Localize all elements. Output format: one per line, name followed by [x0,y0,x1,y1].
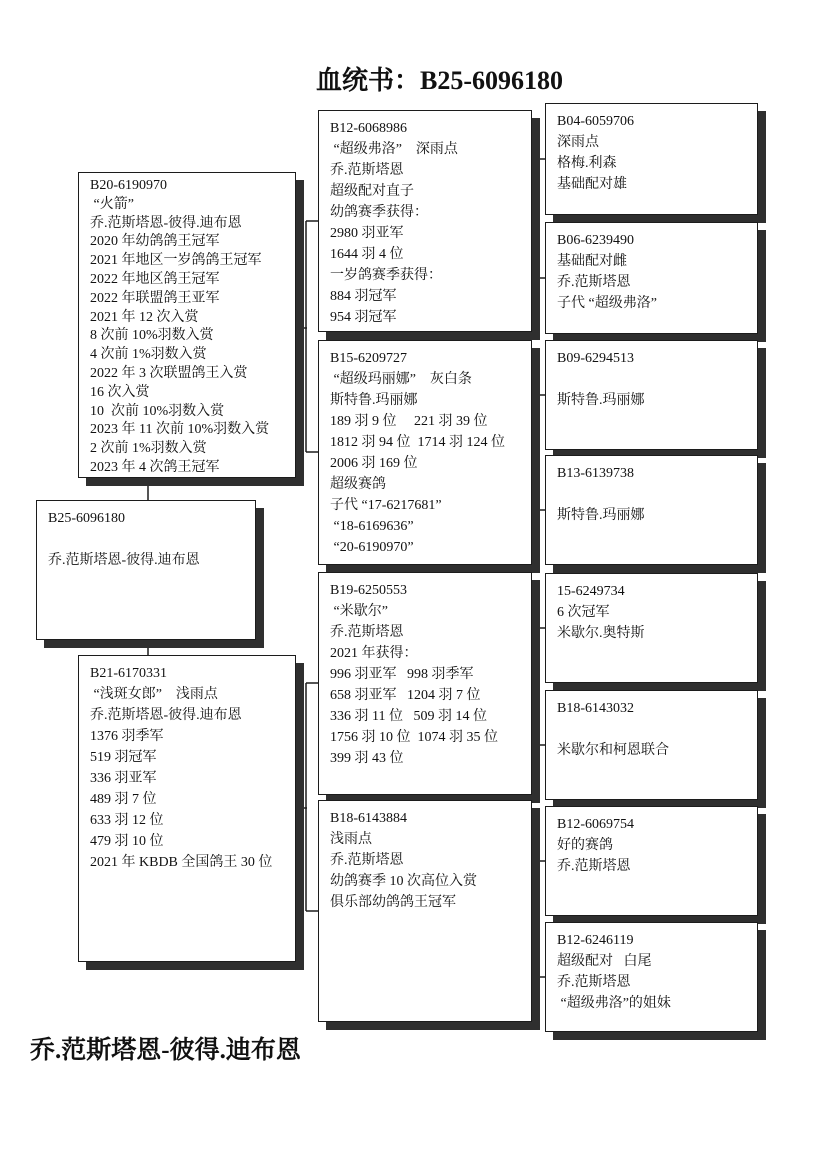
box-text-line: “火箭” [90,196,289,215]
box-text-line: 336 羽 11 位 509 羽 14 位 [330,706,525,727]
box-text-line: 乔.范斯塔恩 [330,160,525,181]
box-text-line: 浅雨点 [330,829,525,850]
box-text-line: B13-6139738 [557,463,751,484]
box-text-line: 深雨点 [557,132,751,153]
box-text-line: 633 羽 12 位 [90,810,289,831]
box-content: B18-6143884浅雨点乔.范斯塔恩幼鸽赛季 10 次高位入赏俱乐部幼鸽鸽王… [319,801,531,917]
pedigree-box-B12-6069754: B12-6069754好的赛鸽乔.范斯塔恩 [545,806,758,916]
box-text-line: B19-6250553 [330,580,525,601]
box-text-line: 10 次前 10%羽数入赏 [90,403,289,422]
box-text-line [557,369,751,390]
box-text-line: 2022 年联盟鸽王亚军 [90,290,289,309]
box-text-line: 幼鸽赛季获得： [330,202,525,223]
pedigree-box-B12-6246119: B12-6246119超级配对 白尾乔.范斯塔恩 “超级弗洛”的姐妹 [545,922,758,1032]
box-content: B12-6068986 “超级弗洛” 深雨点乔.范斯塔恩超级配对直子幼鸽赛季获得… [319,111,531,332]
box-text-line: 2980 羽亚军 [330,223,525,244]
box-text-line: 2021 年 KBDB 全国鸽王 30 位 [90,852,289,873]
box-content: 15-62497346 次冠军米歇尔.奥特斯 [546,574,757,648]
box-text-line: 2022 年地区鸽王冠军 [90,271,289,290]
box-text-line: 6 次冠军 [557,602,751,623]
box-content: B12-6069754好的赛鸽乔.范斯塔恩 [546,807,757,881]
pedigree-box-B18-6143032: B18-6143032 米歇尔和柯恩联合 [545,690,758,800]
box-text-line: 519 羽冠军 [90,747,289,768]
box-content: B09-6294513 斯特鲁.玛丽娜 [546,341,757,415]
box-text-line: 乔.范斯塔恩-彼得.迪布恩 [90,705,289,726]
box-text-line: 乔.范斯塔恩 [557,856,751,877]
box-text-line: “超级弗洛” 深雨点 [330,139,525,160]
box-text-line: 一岁鸽赛季获得： [330,265,525,286]
box-text-line: B12-6246119 [557,930,751,951]
box-text-line: 子代 “超级弗洛” [557,293,751,314]
box-text-line: 658 羽亚军 1204 羽 7 位 [330,685,525,706]
box-text-line: B06-6239490 [557,230,751,251]
box-text-line: 俱乐部幼鸽鸽王冠军 [330,892,525,913]
box-text-line: 2 次前 1%羽数入赏 [90,440,289,459]
box-content: B20-6190970 “火箭”乔.范斯塔恩-彼得.迪布恩2020 年幼鸽鸽王冠… [79,173,295,478]
box-content: B13-6139738 斯特鲁.玛丽娜 [546,456,757,530]
box-text-line: 1376 羽季军 [90,726,289,747]
pedigree-box-B20-6190970: B20-6190970 “火箭”乔.范斯塔恩-彼得.迪布恩2020 年幼鸽鸽王冠… [78,172,296,478]
box-text-line: B12-6068986 [330,118,525,139]
box-text-line: 超级配对 白尾 [557,951,751,972]
pedigree-box-B06-6239490: B06-6239490基础配对雌乔.范斯塔恩子代 “超级弗洛” [545,222,758,334]
box-text-line: 2022 年 3 次联盟鸽王入赏 [90,365,289,384]
box-text-line: B04-6059706 [557,111,751,132]
box-text-line: 乔.范斯塔恩 [557,272,751,293]
box-text-line: “超级玛丽娜” 灰白条 [330,369,525,390]
pedigree-box-B25-6096180: B25-6096180 乔.范斯塔恩-彼得.迪布恩 [36,500,256,640]
box-text-line: 996 羽亚军 998 羽季军 [330,664,525,685]
box-text-line: 1812 羽 94 位 1714 羽 124 位 [330,432,525,453]
box-text-line: 8 次前 10%羽数入赏 [90,327,289,346]
box-content: B21-6170331 “浅斑女郎” 浅雨点乔.范斯塔恩-彼得.迪布恩1376 … [79,656,295,877]
box-content: B06-6239490基础配对雌乔.范斯塔恩子代 “超级弗洛” [546,223,757,318]
box-content: B18-6143032 米歇尔和柯恩联合 [546,691,757,765]
box-text-line: B21-6170331 [90,663,289,684]
box-text-line: 15-6249734 [557,581,751,602]
box-text-line: 超级赛鸽 [330,474,525,495]
box-text-line: 2023 年 4 次鸽王冠军 [90,459,289,478]
box-text-line: 乔.范斯塔恩-彼得.迪布恩 [48,550,249,571]
breeder-name: 乔.范斯塔恩-彼得.迪布恩 [30,1030,301,1066]
box-text-line: 格梅.利森 [557,153,751,174]
box-text-line: 好的赛鸽 [557,835,751,856]
box-text-line: 乔.范斯塔恩 [557,972,751,993]
box-text-line: 2021 年 12 次入赏 [90,309,289,328]
box-text-line: “18-6169636” [330,516,525,537]
box-text-line: 斯特鲁.玛丽娜 [557,505,751,526]
box-text-line: 超级配对直子 [330,181,525,202]
box-content: B12-6246119超级配对 白尾乔.范斯塔恩 “超级弗洛”的姐妹 [546,923,757,1018]
box-text-line: B18-6143884 [330,808,525,829]
box-content: B19-6250553 “米歇尔”乔.范斯塔恩2021 年获得：996 羽亚军 … [319,573,531,773]
box-text-line: B12-6069754 [557,814,751,835]
box-text-line: 479 羽 10 位 [90,831,289,852]
box-text-line: 2020 年幼鸽鸽王冠军 [90,233,289,252]
box-text-line [557,484,751,505]
box-text-line: 336 羽亚军 [90,768,289,789]
box-text-line: B25-6096180 [48,508,249,529]
box-text-line: 16 次入赏 [90,384,289,403]
box-text-line: “浅斑女郎” 浅雨点 [90,684,289,705]
box-text-line: 斯特鲁.玛丽娜 [557,390,751,411]
box-text-line: B18-6143032 [557,698,751,719]
pedigree-page: 血统书：B25-6096180 B [0,0,820,1159]
box-text-line: 基础配对雄 [557,174,751,195]
pedigree-box-B09-6294513: B09-6294513 斯特鲁.玛丽娜 [545,340,758,450]
box-text-line: 幼鸽赛季 10 次高位入赏 [330,871,525,892]
box-text-line [557,719,751,740]
box-content: B25-6096180 乔.范斯塔恩-彼得.迪布恩 [37,501,255,575]
box-text-line: 乔.范斯塔恩 [330,850,525,871]
box-text-line: 2021 年获得： [330,643,525,664]
box-text-line: 基础配对雌 [557,251,751,272]
box-content: B15-6209727 “超级玛丽娜” 灰白条斯特鲁.玛丽娜189 羽 9 位 … [319,341,531,562]
box-text-line: 斯特鲁.玛丽娜 [330,390,525,411]
box-text-line: “20-6190970” [330,537,525,558]
box-text-line: B20-6190970 [90,177,289,196]
box-text-line: 2023 年 11 次前 10%羽数入赏 [90,421,289,440]
pedigree-box-B15-6209727: B15-6209727 “超级玛丽娜” 灰白条斯特鲁.玛丽娜189 羽 9 位 … [318,340,532,565]
pedigree-box-15-6249734: 15-62497346 次冠军米歇尔.奥特斯 [545,573,758,683]
box-text-line: 乔.范斯塔恩 [330,622,525,643]
pedigree-box-B04-6059706: B04-6059706深雨点格梅.利森基础配对雄 [545,103,758,215]
box-text-line: 乔.范斯塔恩-彼得.迪布恩 [90,215,289,234]
box-text-line: “超级弗洛”的姐妹 [557,993,751,1014]
box-text-line: “米歇尔” [330,601,525,622]
box-text-line: 489 羽 7 位 [90,789,289,810]
box-text-line: 米歇尔和柯恩联合 [557,740,751,761]
box-text-line: 189 羽 9 位 221 羽 39 位 [330,411,525,432]
pedigree-box-B18-6143884: B18-6143884浅雨点乔.范斯塔恩幼鸽赛季 10 次高位入赏俱乐部幼鸽鸽王… [318,800,532,1022]
box-text-line: 2021 年地区一岁鸽鸽王冠军 [90,252,289,271]
pedigree-box-B19-6250553: B19-6250553 “米歇尔”乔.范斯塔恩2021 年获得：996 羽亚军 … [318,572,532,795]
box-text-line: 子代 “17-6217681” [330,495,525,516]
pedigree-box-B21-6170331: B21-6170331 “浅斑女郎” 浅雨点乔.范斯塔恩-彼得.迪布恩1376 … [78,655,296,962]
box-text-line: 399 羽 43 位 [330,748,525,769]
box-text-line: B09-6294513 [557,348,751,369]
box-text-line: 米歇尔.奥特斯 [557,623,751,644]
box-text-line: 1756 羽 10 位 1074 羽 35 位 [330,727,525,748]
box-content: B04-6059706深雨点格梅.利森基础配对雄 [546,104,757,199]
box-text-line: B15-6209727 [330,348,525,369]
box-text-line: 1644 羽 4 位 [330,244,525,265]
pedigree-box-B13-6139738: B13-6139738 斯特鲁.玛丽娜 [545,455,758,565]
pedigree-box-B12-6068986: B12-6068986 “超级弗洛” 深雨点乔.范斯塔恩超级配对直子幼鸽赛季获得… [318,110,532,332]
box-text-line: 4 次前 1%羽数入赏 [90,346,289,365]
box-text-line: 884 羽冠军 [330,286,525,307]
box-text-line: 954 羽冠军 [330,307,525,328]
box-text-line: 2006 羽 169 位 [330,453,525,474]
box-text-line [48,529,249,550]
